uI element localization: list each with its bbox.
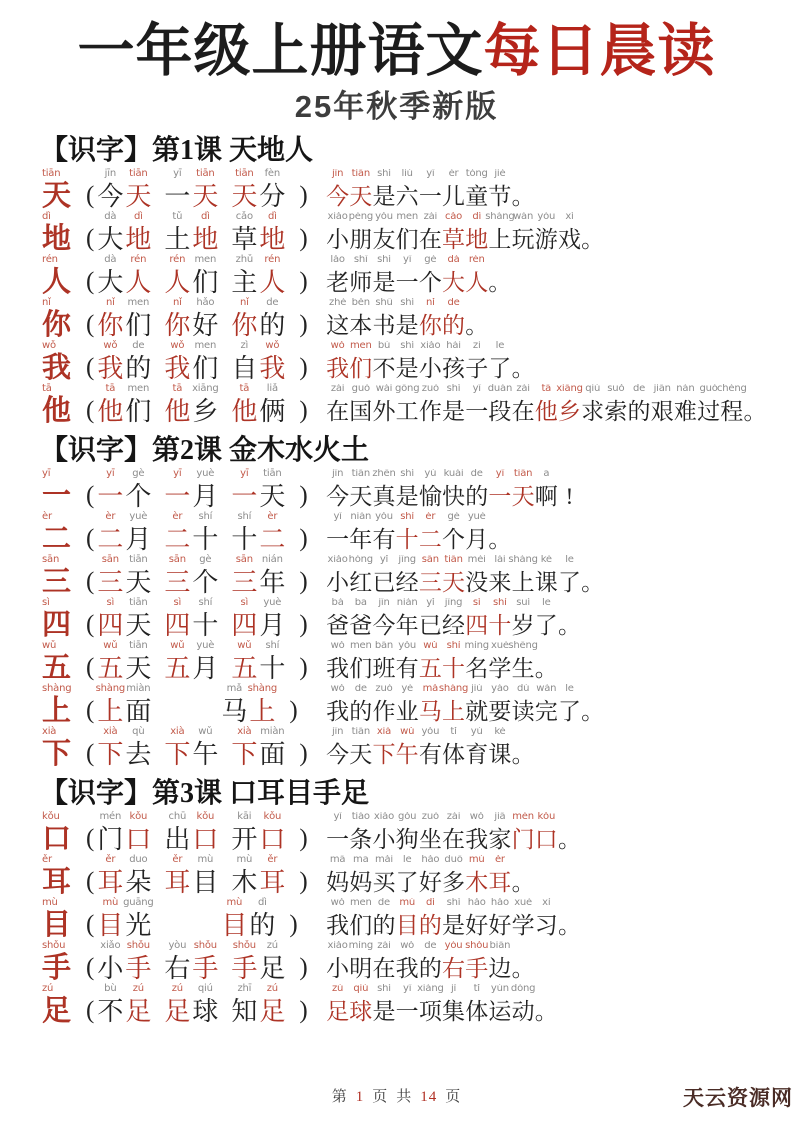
char-pinyin-pair: xí习 — [535, 898, 558, 941]
char-pinyin-pair: mā妈 — [326, 855, 349, 898]
char-pinyin-pair: tǐ体 — [442, 727, 465, 770]
vocab-word: bù不zú足 — [96, 984, 152, 1027]
hanzi-char: 五 — [97, 653, 123, 684]
char-pinyin-pair: wǔ五 — [96, 641, 124, 684]
char-pinyin-pair: de的 — [349, 684, 372, 727]
char-pinyin-pair: 。 — [535, 641, 558, 684]
hanzi-char: 我 — [259, 353, 285, 384]
hanzi-char: 在 — [442, 824, 465, 855]
pinyin-label: wǒ — [170, 341, 184, 353]
char-pinyin-pair: sì四 — [96, 598, 124, 641]
pinyin-label: méi — [468, 555, 486, 567]
hanzi-char: 上 — [249, 696, 275, 727]
hanzi-char: 口 — [259, 824, 285, 855]
pinyin-label: jīng — [398, 555, 415, 567]
hanzi-char: 了 — [488, 353, 511, 384]
pinyin-label: zài — [377, 941, 391, 953]
char-pinyin-pair: yī一 — [230, 469, 258, 512]
pinyin-label: kǒu — [130, 812, 148, 824]
char-pinyin-pair: hǎo好 — [191, 298, 219, 341]
pinyin-label: wǒ — [103, 341, 117, 353]
pinyin-label: nǐ — [106, 298, 115, 310]
hanzi-char: 师 — [349, 267, 372, 298]
pinyin-label: yóu — [537, 212, 555, 224]
char-pinyin-pair: zài在 — [419, 212, 442, 255]
hanzi-char: 地 — [465, 224, 488, 255]
vocab-word: zhǔ主rén人 — [230, 255, 286, 298]
char-pinyin-pair: men们 — [124, 384, 152, 427]
vocab-word: tā他men们 — [96, 384, 152, 427]
hanzi-char: 面 — [259, 739, 285, 770]
char-pinyin-pair: yóu游 — [535, 212, 558, 255]
char-pinyin-pair: men们 — [349, 641, 372, 684]
hanzi-char: 名 — [465, 653, 488, 684]
example-sentence: yī一tiáo条xiǎo小gǒu狗zuò坐zài在wǒ我jiā家mén门kǒu口… — [326, 812, 793, 855]
char-pinyin-pair: wǔ五 — [163, 641, 191, 684]
char-pinyin-pair: hóng红 — [349, 555, 372, 598]
char-pinyin-pair: míng名 — [465, 641, 488, 684]
vocab-word: nǐ你de的 — [230, 298, 286, 341]
char-pinyin-pair: qiú球 — [349, 984, 372, 1027]
char-pinyin-pair: tiān天 — [349, 469, 372, 512]
hanzi-char: 不 — [372, 353, 395, 384]
char-pinyin-pair: gǒu狗 — [396, 812, 419, 855]
close-paren-icon: ) — [297, 180, 307, 212]
pinyin-label: le — [403, 855, 412, 867]
char-pinyin-pair: gōng工 — [396, 384, 419, 427]
char-pinyin-pair: yǒu有 — [419, 727, 442, 770]
pinyin-label: shì — [377, 984, 391, 996]
hanzi-char: 老 — [326, 267, 349, 298]
char-pinyin-pair: cǎo草 — [230, 212, 258, 255]
word-list: (sān三tiān天sān三gè个sān三nián年) — [86, 555, 326, 598]
close-paren-icon: ) — [297, 523, 307, 555]
char-pinyin-pair: ba爸 — [349, 598, 372, 641]
char-pinyin-pair: běn本 — [349, 298, 372, 341]
pinyin-label: de — [633, 384, 645, 396]
pinyin-label: shí — [198, 598, 212, 610]
hanzi-char: 你 — [97, 310, 123, 341]
char-pinyin-pair: zú足 — [326, 984, 349, 1027]
hanzi-char: 爸 — [349, 610, 372, 641]
hanzi-char: 球 — [349, 996, 372, 1027]
pinyin-label: shí — [400, 512, 414, 524]
word-list: (mén门kǒu口chū出kǒu口kāi开kǒu口) — [86, 812, 326, 855]
char-pinyin-pair: tóng童 — [465, 169, 488, 212]
char-pinyin-pair: zú足 — [163, 984, 191, 1027]
hanzi-char: 的 — [465, 481, 488, 512]
hanzi-char: 年 — [396, 610, 419, 641]
vocab-word: shí十èr二 — [230, 512, 286, 555]
pinyin-label: dà — [104, 212, 116, 224]
pinyin-label: wǒ — [331, 341, 345, 353]
char-pinyin-pair: zhī知 — [230, 984, 258, 1027]
char-pinyin-pair: zài在 — [512, 384, 535, 427]
hanzi-char: 们 — [349, 910, 372, 941]
char-pinyin-pair: shì是 — [372, 984, 395, 1027]
pinyin-label: xué — [514, 898, 532, 910]
vocab-word: xià下qù去 — [96, 727, 152, 770]
pinyin-label: wǔ — [423, 641, 437, 653]
word-list: (èr二yuè月èr二shí十shí十èr二) — [86, 512, 326, 555]
char-pinyin-pair: wǔ五 — [230, 641, 258, 684]
pinyin-label: mù — [226, 898, 242, 910]
char-pinyin-pair: bù不 — [372, 341, 395, 384]
vocab-row: èr二(èr二yuè月èr二shí十shí十èr二)yī一nián年yǒu有sh… — [0, 512, 793, 555]
hanzi-char: 人 — [259, 267, 285, 298]
vocab-row: ěr耳(ěr耳duo朵ěr耳mù目mù木ěr耳)mā妈ma妈mǎi买le了hǎo… — [0, 855, 793, 898]
char-pinyin-pair: chū出 — [163, 812, 191, 855]
char-pinyin-pair: yǒu有 — [396, 641, 419, 684]
pinyin-label: miàn — [260, 727, 284, 739]
hanzi-char: 一 — [396, 996, 419, 1027]
hanzi-char: 乡 — [558, 396, 581, 427]
pinyin-label: yuè — [263, 598, 281, 610]
char-pinyin-pair: wǒ我 — [163, 341, 191, 384]
hanzi-char: 了 — [558, 567, 581, 598]
open-paren-icon: ( — [86, 566, 96, 598]
hanzi-char: 光 — [125, 910, 151, 941]
char-pinyin-pair: shǒu手 — [124, 941, 152, 984]
pinyin-label: yī — [403, 255, 411, 267]
pinyin-label: shí — [237, 512, 251, 524]
char-pinyin-pair: yuè月 — [465, 512, 488, 555]
pinyin-label: lǎo — [330, 255, 344, 267]
pinyin-label: kǒu — [537, 812, 555, 824]
pinyin-label: wǒ — [265, 341, 279, 353]
pinyin-label: tā — [541, 384, 551, 396]
hanzi-char: 口 — [192, 824, 218, 855]
char-pinyin-pair: yù育 — [465, 727, 488, 770]
char-pinyin-pair: kǒu口 — [535, 812, 558, 855]
char-pinyin-pair: duàn段 — [488, 384, 511, 427]
hanzi-char: 。 — [512, 181, 535, 212]
char-pinyin-pair: yú愉 — [419, 469, 442, 512]
hanzi-char: 手 — [231, 953, 257, 984]
hanzi-char: 有 — [396, 653, 419, 684]
hanzi-char: 月 — [125, 524, 151, 555]
hanzi-char: 是 — [396, 353, 419, 384]
pinyin-label: qiú — [198, 984, 213, 996]
hanzi-char: 知 — [231, 996, 257, 1027]
pinyin-label: jīng — [445, 598, 462, 610]
hanzi-char: 足 — [326, 996, 349, 1027]
hanzi-char: 明 — [349, 953, 372, 984]
close-paren-icon: ) — [297, 952, 307, 984]
hanzi-char: 五 — [164, 653, 190, 684]
open-paren-icon: ( — [86, 695, 96, 727]
pinyin-label: men — [128, 384, 150, 396]
word-list: (xià下qù去xià下wǔ午xià下miàn面) — [86, 727, 326, 770]
char-pinyin-pair: èr二 — [419, 512, 442, 555]
close-paren-icon: ) — [297, 480, 307, 512]
pinyin-label: zuò — [422, 384, 439, 396]
pinyin-label: shí — [265, 641, 279, 653]
pinyin-label: zài — [424, 212, 438, 224]
head-character: wǔ五 — [40, 635, 86, 684]
pinyin-label: yī — [473, 384, 481, 396]
word-list: (bù不zú足zú足qiú球zhī知zú足) — [86, 984, 326, 1027]
hanzi-char: 人 — [164, 267, 190, 298]
pinyin-label: shì — [377, 255, 391, 267]
pinyin-label: jīn — [332, 727, 343, 739]
pinyin-label: rén — [169, 255, 185, 267]
char-pinyin-pair: xì戏 — [558, 212, 581, 255]
hanzi-char: 我 — [396, 953, 419, 984]
hanzi-char: 妈 — [326, 867, 349, 898]
hanzi-char: 的 — [249, 910, 275, 941]
pinyin-label: zú — [267, 941, 278, 953]
char-pinyin-pair: xiǎo小 — [326, 212, 349, 255]
pinyin-label: tā — [240, 384, 250, 396]
pinyin-label: ba — [355, 598, 367, 610]
pinyin-label: dì — [201, 212, 210, 224]
vocab-row: kǒu口(mén门kǒu口chū出kǒu口kāi开kǒu口)yī一tiáo条xi… — [0, 812, 793, 855]
char-pinyin-pair: nián年 — [349, 512, 372, 555]
hanzi-char: 主 — [231, 267, 257, 298]
vocab-word: dà大rén人 — [96, 255, 152, 298]
hanzi-char: 没 — [465, 567, 488, 598]
pinyin-label: wǔ — [237, 641, 251, 653]
pinyin-label: shǒu — [465, 941, 488, 953]
pinyin-label: guò — [699, 384, 717, 396]
pinyin-label: kè — [541, 555, 552, 567]
pinyin-label: tiān — [263, 469, 281, 481]
pinyin-label: yī — [333, 512, 341, 524]
pinyin-label: nián — [350, 512, 371, 524]
char-pinyin-pair: mù目 — [220, 898, 248, 941]
char-pinyin-pair: nián年 — [396, 598, 419, 641]
char-pinyin-pair: yī一 — [396, 984, 419, 1027]
hanzi-char: 他 — [164, 396, 190, 427]
pinyin-label: yùn — [491, 984, 509, 996]
pinyin-label: èr — [267, 512, 277, 524]
pinyin-label: rén — [130, 255, 146, 267]
watermark: 天云资源网 — [683, 1082, 793, 1112]
char-pinyin-pair: a啊 — [535, 469, 558, 512]
hanzi-char: 们 — [349, 653, 372, 684]
char-pinyin-pair: yè业 — [396, 684, 419, 727]
hanzi-char: 十 — [259, 653, 285, 684]
char-pinyin-pair: yǐ已 — [372, 555, 395, 598]
char-pinyin-pair: men们 — [349, 898, 372, 941]
pinyin-label: xiǎo — [374, 812, 394, 824]
pinyin-label: yǐ — [380, 555, 388, 567]
hanzi-char: 的 — [349, 696, 372, 727]
char-pinyin-pair: le了 — [558, 555, 581, 598]
char-pinyin-pair: tiān天 — [124, 169, 152, 212]
hanzi-char: 俩 — [259, 396, 285, 427]
pinyin-label: mǎ — [227, 684, 242, 696]
hanzi-char: 分 — [259, 181, 285, 212]
pinyin-label: yī — [173, 469, 181, 481]
char-pinyin-pair: yǐ已 — [419, 598, 442, 641]
pinyin-label: gè — [199, 555, 211, 567]
char-pinyin-pair: míng明 — [349, 941, 372, 984]
head-character: kǒu口 — [40, 806, 86, 855]
hanzi-char: 这 — [326, 310, 349, 341]
pinyin-label: péng — [349, 212, 373, 224]
pinyin-label: dì — [258, 898, 267, 910]
hanzi-char: 书 — [372, 310, 395, 341]
char-pinyin-pair: de的 — [419, 941, 442, 984]
hanzi-char: 课 — [488, 739, 511, 770]
char-pinyin-pair: shí十 — [191, 512, 219, 555]
hanzi-char: 。 — [581, 224, 604, 255]
hanzi-char: 他 — [97, 396, 123, 427]
pinyin-label: de — [424, 941, 436, 953]
vocab-word: zhī知zú足 — [230, 984, 286, 1027]
hanzi-char: 的 — [628, 396, 651, 427]
example-sentence: wǒ我men们bān班yǒu有wǔ五shí十míng名xué学shēng生。 — [326, 641, 793, 684]
hanzi-char: 的 — [419, 953, 442, 984]
char-pinyin-pair: men们 — [191, 341, 219, 384]
char-pinyin-pair: rén人 — [163, 255, 191, 298]
pinyin-label: tiān — [129, 169, 147, 181]
char-pinyin-pair: tā他 — [535, 384, 558, 427]
hanzi-char: 运 — [488, 996, 511, 1027]
char-pinyin-pair: zhǔ主 — [230, 255, 258, 298]
char-pinyin-pair: tā他 — [230, 384, 258, 427]
char-pinyin-pair: kuài快 — [442, 469, 465, 512]
hanzi-char: 一 — [164, 481, 190, 512]
vocab-word: cǎo草dì地 — [230, 212, 286, 255]
char-pinyin-pair: dì地 — [191, 212, 219, 255]
hanzi-char: 已 — [372, 567, 395, 598]
head-character: yī一 — [40, 463, 86, 512]
section-heading-2: 【识字】第2课 金木水火土 — [40, 434, 793, 468]
vocab-word: tā他liǎ俩 — [230, 384, 286, 427]
hanzi-char: 。 — [465, 310, 488, 341]
char-pinyin-pair: dú读 — [512, 684, 535, 727]
pinyin-label: dà — [104, 255, 116, 267]
char-pinyin-pair: kǒu口 — [124, 812, 152, 855]
pinyin-label: xí — [542, 898, 550, 910]
pinyin-label: xià — [377, 727, 391, 739]
hanzi-char: 地 — [125, 224, 151, 255]
pinyin-label: wǔ — [170, 641, 184, 653]
hanzi-char: 人 — [125, 267, 151, 298]
hanzi-char: 草 — [231, 224, 257, 255]
pinyin-label: wǔ — [198, 727, 212, 739]
char-pinyin-pair: xué学 — [512, 898, 535, 941]
char-pinyin-pair: qiú求 — [581, 384, 604, 427]
pinyin-label: le — [565, 684, 574, 696]
pinyin-label: wǒ — [331, 641, 345, 653]
char-pinyin-pair: kè课 — [535, 555, 558, 598]
pinyin-label: wǔ — [400, 727, 414, 739]
vocab-row: rén人(dà大rén人rén人men们zhǔ主rén人)lǎo老shī师shì… — [0, 255, 793, 298]
char-pinyin-pair: yī一 — [326, 812, 349, 855]
char-pinyin-pair: shī师 — [349, 255, 372, 298]
char-pinyin-pair: zuò作 — [419, 384, 442, 427]
head-hanzi: 足 — [42, 996, 71, 1027]
vocab-word: zú足qiú球 — [163, 984, 219, 1027]
hanzi-char: 的 — [259, 310, 285, 341]
char-pinyin-pair: biān边 — [488, 941, 511, 984]
hanzi-char: 一 — [419, 181, 442, 212]
char-pinyin-pair: 。 — [535, 984, 558, 1027]
char-pinyin-pair: le了 — [535, 598, 558, 641]
char-pinyin-pair: zuò作 — [372, 684, 395, 727]
char-pinyin-pair: mù木 — [465, 855, 488, 898]
hanzi-char: 好 — [488, 910, 511, 941]
hanzi-char: 天 — [442, 567, 465, 598]
vocab-row: dì地(dà大dì地tǔ土dì地cǎo草dì地)xiǎo小péng朋yǒu友me… — [0, 212, 793, 255]
head-character: sì四 — [40, 592, 86, 641]
pinyin-label: yī — [496, 469, 504, 481]
pinyin-label: shǒu — [127, 941, 150, 953]
char-pinyin-pair: jié节 — [488, 169, 511, 212]
char-pinyin-pair: zú足 — [258, 941, 286, 984]
vocab-word: xiǎo小shǒu手 — [96, 941, 152, 984]
pinyin-label: mù — [399, 898, 415, 910]
pinyin-label: tiān — [444, 555, 462, 567]
hanzi-char: 十 — [442, 653, 465, 684]
char-pinyin-pair: shí十 — [488, 598, 511, 641]
close-paren-icon: ) — [297, 352, 307, 384]
hanzi-char: 玩 — [512, 224, 535, 255]
hanzi-char: 年 — [259, 567, 285, 598]
pinyin-label: mén — [100, 812, 122, 824]
char-pinyin-pair: duo朵 — [124, 855, 152, 898]
close-paren-icon: ) — [297, 223, 307, 255]
hanzi-char: 家 — [488, 824, 511, 855]
char-pinyin-pair: jīn今 — [326, 469, 349, 512]
pinyin-label: ér — [449, 169, 459, 181]
char-pinyin-pair: dà大 — [96, 212, 124, 255]
hanzi-char: 童 — [465, 181, 488, 212]
hanzi-char: 出 — [164, 824, 190, 855]
vocab-word: xià下wǔ午 — [163, 727, 219, 770]
char-pinyin-pair: nán难 — [674, 384, 697, 427]
hanzi-char: 了 — [396, 867, 419, 898]
vocab-word: mén门kǒu口 — [96, 812, 152, 855]
pinyin-label: nǐ — [173, 298, 182, 310]
head-hanzi: 下 — [42, 739, 71, 770]
char-pinyin-pair: wǔ午 — [396, 727, 419, 770]
char-pinyin-pair: 。 — [558, 898, 581, 941]
hanzi-char: 三 — [231, 567, 257, 598]
pinyin-label: ěr — [267, 855, 277, 867]
char-pinyin-pair: de的 — [442, 298, 465, 341]
example-sentence: jīn今tiān天xià下wǔ午yǒu有tǐ体yù育kè课。 — [326, 727, 793, 770]
char-pinyin-pair: xià下 — [230, 727, 258, 770]
hanzi-char: 儿 — [442, 181, 465, 212]
pinyin-label: lái — [494, 555, 505, 567]
char-pinyin-pair: wǒ我 — [326, 898, 349, 941]
hanzi-char: 手 — [192, 953, 218, 984]
pinyin-label: cǎo — [445, 212, 462, 224]
pinyin-label: shàng — [508, 555, 537, 567]
char-pinyin-pair: mǎi买 — [372, 855, 395, 898]
pinyin-label: mǎ — [423, 684, 438, 696]
pinyin-label: dà — [447, 255, 459, 267]
word-list: (jīn今tiān天yī一tiān天tiān天fèn分) — [86, 169, 326, 212]
hanzi-char: 耳 — [259, 867, 285, 898]
vocab-word: mù木ěr耳 — [230, 855, 286, 898]
char-pinyin-pair: zì自 — [230, 341, 258, 384]
pinyin-label: tiān — [352, 169, 370, 181]
hanzi-char: 天 — [349, 481, 372, 512]
char-pinyin-pair: yī一 — [488, 469, 511, 512]
vocab-row: zú足(bù不zú足zú足qiú球zhī知zú足)zú足qiú球shì是yī一x… — [0, 984, 793, 1027]
pinyin-label: hǎo — [196, 298, 214, 310]
char-pinyin-pair: men们 — [349, 341, 372, 384]
pinyin-label: hóng — [349, 555, 373, 567]
close-paren-icon: ) — [297, 566, 307, 598]
pinyin-label: men — [396, 212, 418, 224]
